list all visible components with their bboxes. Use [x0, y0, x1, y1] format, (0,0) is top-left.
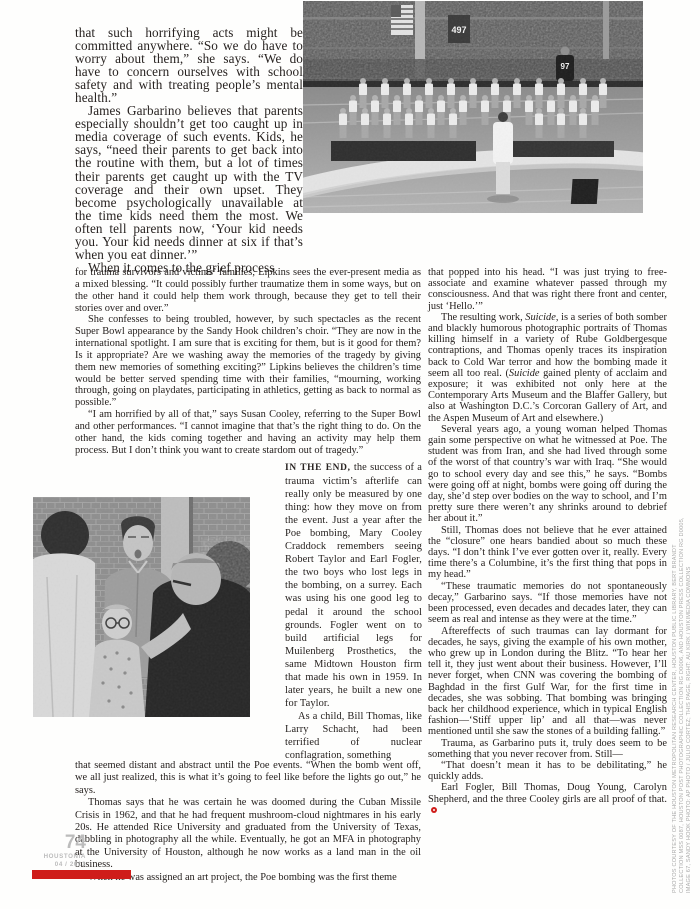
paragraph: As a child, Bill Thomas, like Larry Scha… [285, 710, 422, 762]
paragraph: that seemed distant and abstract until t… [75, 760, 421, 797]
paragraph: Thomas says that he was certain he was d… [75, 797, 421, 871]
paragraph: “These traumatic memories do not spontan… [428, 581, 667, 626]
poe-bombing-survivors-photo [33, 497, 250, 717]
magazine-page: 497 97 [0, 0, 700, 909]
photo-credit-line: PHOTOS COURTESY OF THE HOUSTON METROPOLI… [672, 487, 679, 893]
superbowl-choir-photo-art: 497 97 [303, 1, 643, 213]
work-title-italic: Suicide [509, 368, 540, 379]
photo-credit-line: IMAGE 67, SANDY HOOK PHOTO: AP PHOTO / J… [686, 487, 693, 893]
paragraph-text: The resulting work, [441, 312, 525, 323]
paragraph: The resulting work, Suicide, is a series… [428, 312, 667, 424]
paragraph: James Garbarino believes that parents es… [75, 104, 303, 261]
superbowl-choir-photo: 497 97 [303, 1, 643, 213]
paragraph: Several years ago, a young woman helped … [428, 424, 667, 525]
footer-red-bar [32, 870, 131, 879]
photo-credits: PHOTOS COURTESY OF THE HOUSTON METROPOLI… [672, 487, 694, 893]
paragraph: Earl Fogler, Bill Thomas, Doug Young, Ca… [428, 782, 667, 816]
photo-wrap-column: IN THE END, the success of a trauma vict… [285, 461, 422, 762]
poe-bombing-survivors-photo-art [33, 497, 250, 717]
paragraph: “I am horrified by all of that,” says Su… [75, 409, 421, 456]
page-number: 74 [36, 833, 86, 852]
end-of-article-icon [431, 807, 437, 813]
section-opener: IN THE END, [285, 463, 351, 473]
paragraph-text: the success of a trauma victim’s afterli… [285, 462, 422, 709]
issue-date: 04 / 2013 [36, 861, 86, 868]
paragraph: Trauma, as Garbarino puts it, truly does… [428, 738, 667, 760]
paragraph: Aftereffects of such traumas can lay dor… [428, 626, 667, 738]
paragraph: for trauma survivors and victims’ famili… [75, 267, 421, 314]
paragraph: She confesses to being troubled, however… [75, 314, 421, 409]
left-column-lower: that seemed distant and abstract until t… [75, 760, 421, 884]
paragraph: IN THE END, the success of a trauma vict… [285, 461, 422, 710]
paragraph: that popped into his head. “I was just t… [428, 267, 667, 312]
paragraph: “That doesn’t mean it has to be debilita… [428, 760, 667, 782]
paragraph-text: Earl Fogler, Bill Thomas, Doug Young, Ca… [428, 782, 667, 804]
top-left-column: that such horrifying acts might be commi… [75, 26, 303, 274]
paragraph: that such horrifying acts might be commi… [75, 26, 303, 104]
photo-credit-line: COLLECTION MSS 0087, HOUSTON POST PHOTOG… [679, 487, 686, 893]
paragraph: Still, Thomas does not believe that he e… [428, 525, 667, 581]
work-title-italic: Suicide [525, 312, 556, 323]
magazine-name: HOUSTONIA [36, 853, 86, 860]
right-column: that popped into his head. “I was just t… [428, 267, 667, 816]
left-column-upper: for trauma survivors and victims’ famili… [75, 267, 421, 457]
